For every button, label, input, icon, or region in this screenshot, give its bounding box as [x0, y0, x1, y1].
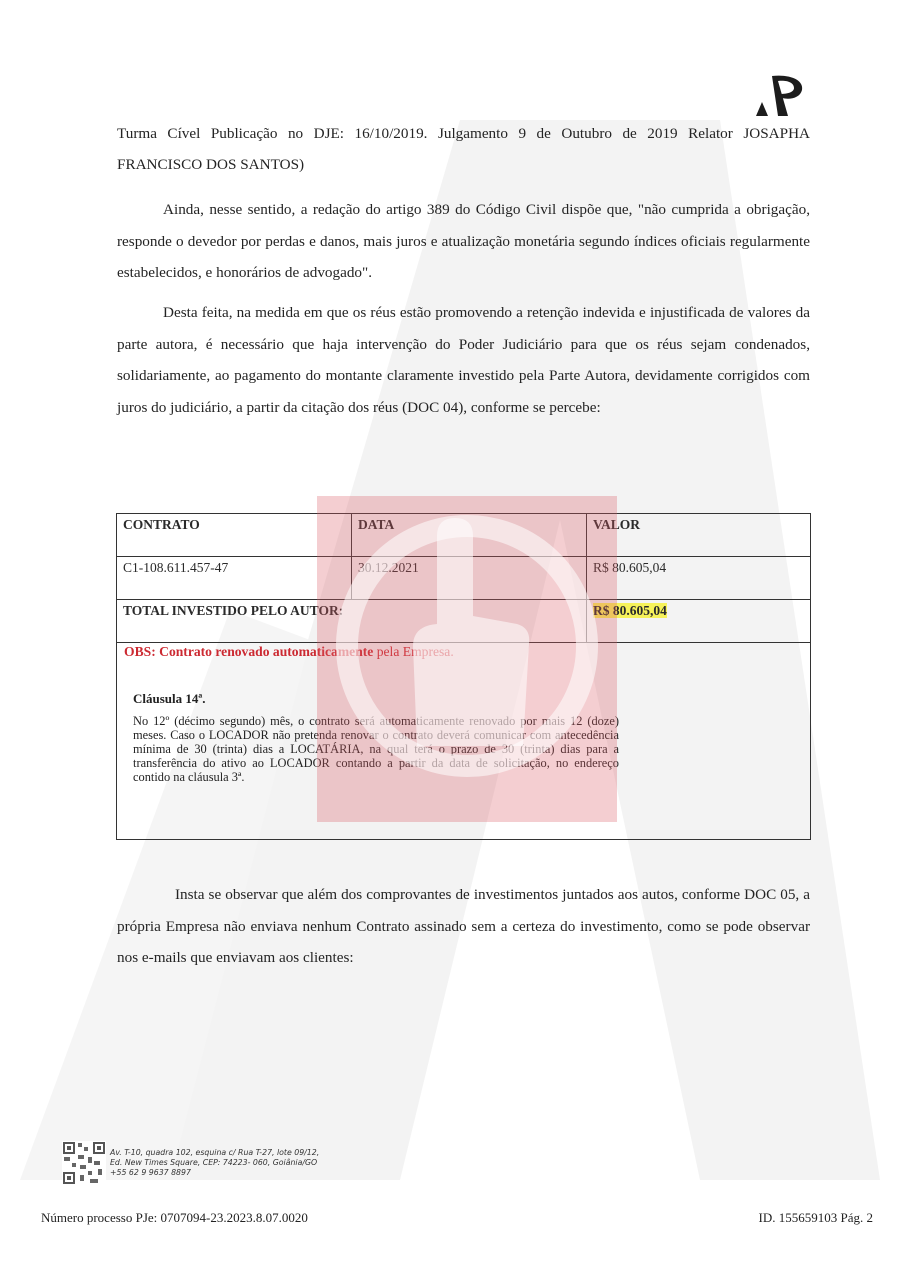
- page-id: ID. 155659103 Pág. 2: [759, 1210, 873, 1226]
- table-total-row: TOTAL INVESTIDO PELO AUTOR: R$ 80.605,04: [117, 600, 810, 643]
- clause-title: Cláusula 14ª.: [133, 692, 619, 706]
- citation-paragraph: Turma Cível Publicação no DJE: 16/10/201…: [117, 118, 810, 180]
- obs-note-bold: OBS: Contrato renovado automaticamente: [124, 644, 373, 659]
- ap-monogram-logo: [752, 72, 808, 118]
- clause-excerpt: Cláusula 14ª. No 12º (décimo segundo) mê…: [133, 692, 619, 784]
- footer-bar: Número processo PJe: 0707094-23.2023.8.0…: [41, 1210, 873, 1226]
- header-contrato: CONTRATO: [117, 514, 352, 557]
- cell-valor: R$ 80.605,04: [587, 557, 811, 600]
- obs-note: OBS: Contrato renovado automaticamente p…: [124, 644, 454, 660]
- phone-number: +55 62 9 9637 8897: [110, 1168, 319, 1178]
- process-number: Número processo PJe: 0707094-23.2023.8.0…: [41, 1210, 308, 1225]
- obs-note-rest: pela Empresa.: [373, 644, 453, 659]
- art389-paragraph: Ainda, nesse sentido, a redação do artig…: [117, 194, 810, 289]
- table-header-row: CONTRATO DATA VALOR: [117, 514, 810, 557]
- cell-data: 30.12.2021: [352, 557, 587, 600]
- cell-contrato: C1-108.611.457-47: [117, 557, 352, 600]
- desta-feita-paragraph: Desta feita, na medida em que os réus es…: [117, 297, 810, 423]
- header-data: DATA: [352, 514, 587, 557]
- qr-code-icon: [62, 1141, 106, 1185]
- investment-table: CONTRATO DATA VALOR C1-108.611.457-47 30…: [116, 513, 811, 840]
- table-row: C1-108.611.457-47 30.12.2021 R$ 80.605,0…: [117, 557, 810, 600]
- total-label: TOTAL INVESTIDO PELO AUTOR:: [117, 600, 587, 643]
- clause-text: No 12º (décimo segundo) mês, o contrato …: [133, 714, 619, 784]
- address-line-1: Av. T-10, quadra 102, esquina c/ Rua T-2…: [110, 1148, 319, 1158]
- header-valor: VALOR: [587, 514, 811, 557]
- address-line-2: Ed. New Times Square, CEP: 74223- 060, G…: [110, 1158, 319, 1168]
- insta-paragraph: Insta se observar que além dos comprovan…: [117, 879, 810, 974]
- document-page: Turma Cível Publicação no DJE: 16/10/201…: [0, 0, 905, 1280]
- total-value: R$ 80.605,04: [593, 603, 667, 618]
- footer-contact: Av. T-10, quadra 102, esquina c/ Rua T-2…: [62, 1141, 319, 1185]
- footer-address: Av. T-10, quadra 102, esquina c/ Rua T-2…: [110, 1148, 319, 1178]
